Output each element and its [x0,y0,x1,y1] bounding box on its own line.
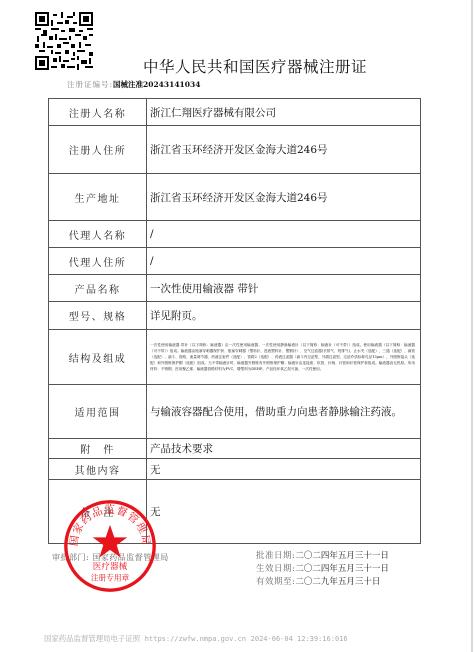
valid-until-label: 有效期至: [256,577,295,587]
table-row-attachment: 附 件 产品技术要求 [49,438,420,458]
footer-timestamp: 2024-06-04 12:39:16:016 [251,635,348,643]
table-row-other-content: 其他内容 无 [49,458,420,479]
approval-date: 批准日期:二〇二四年五月三十一日 [256,550,389,563]
table-row-production-address: 生产地址 浙江省玉环经济开发区金海大道246号 [49,173,420,220]
valid-until-value: 二〇二九年五月三十日 [295,577,380,587]
row-label: 生产地址 [49,174,147,220]
row-value: 与输液容器配合使用，借助重力向患者静脉输注药液。 [147,385,420,438]
approval-date-label: 批准日期: [256,551,295,561]
row-value: 一次性使用输液器 带针（以下简称：输液器）由一次性使用输液器、一次性使用静脉输液… [147,330,420,384]
row-value: 无 [147,459,420,479]
table-row-structure-composition: 结构及组成 一次性使用输液器 带针（以下简称：输液器）由一次性使用输液器、一次性… [49,329,420,384]
official-seal-icon: 国家药品监督管理局 医疗器械 注册专用章 [62,498,158,594]
registration-number-label: 注册证编号: [67,80,113,89]
table-row-registrant-name: 注册人名称 浙江仁翔医疗器械有限公司 [49,99,420,125]
row-value: 浙江省玉环经济开发区金海大道246号 [147,126,420,173]
row-label: 结构及组成 [49,330,147,384]
approval-date-value: 二〇二四年五月三十一日 [295,551,389,561]
footer: 国家药品监督管理局电子证照 https://zwfw.nmpa.gov.cn 2… [44,633,348,644]
page-edge [471,0,473,652]
registration-number: 注册证编号:国械注准20243141034 [67,79,200,90]
seal-inner-line1: 医疗器械 [93,560,128,572]
effective-date: 生效日期:二〇二四年五月三十一日 [256,563,389,576]
row-label: 注册人住所 [49,126,147,173]
row-value: 详见附页。 [147,302,420,329]
footer-url[interactable]: https://zwfw.nmpa.gov.cn [145,635,246,643]
registration-number-value: 国械注准20243141034 [113,80,200,89]
table-row-agent-address: 代理人住所 / [49,247,420,274]
certificate-title: 中华人民共和国医疗器械注册证 [0,55,474,77]
effective-date-label: 生效日期: [256,564,295,574]
row-label: 产品名称 [49,275,147,301]
row-value: / [147,221,420,247]
table-row-scope-of-use: 适用范围 与输液容器配合使用，借助重力向患者静脉输注药液。 [49,384,420,438]
row-label: 其他内容 [49,459,147,479]
row-label: 适用范围 [49,385,147,438]
row-value: 浙江仁翔医疗器械有限公司 [147,99,420,125]
row-value: 一次性使用输液器 带针 [147,275,420,301]
row-value: / [147,248,420,274]
valid-until-date: 有效期至:二〇二九年五月三十日 [256,576,389,589]
row-value: 产品技术要求 [147,439,420,458]
row-value: 浙江省玉环经济开发区金海大道246号 [147,174,420,220]
effective-date-value: 二〇二四年五月三十一日 [295,564,389,574]
certificate-table: 注册人名称 浙江仁翔医疗器械有限公司 注册人住所 浙江省玉环经济开发区金海大道2… [48,98,421,544]
row-value: 无 [147,480,420,543]
table-row-product-name: 产品名称 一次性使用输液器 带针 [49,274,420,301]
table-row-registrant-address: 注册人住所 浙江省玉环经济开发区金海大道246号 [49,125,420,173]
table-row-model-spec: 型号、规格 详见附页。 [49,301,420,329]
table-row-agent-name: 代理人名称 / [49,220,420,247]
validity-dates: 批准日期:二〇二四年五月三十一日 生效日期:二〇二四年五月三十一日 有效期至:二… [256,550,389,589]
row-label: 代理人住所 [49,248,147,274]
row-label: 注册人名称 [49,99,147,125]
row-label: 附 件 [49,439,147,458]
seal-inner-line2: 注册专用章 [91,573,130,583]
footer-issuer: 国家药品监督管理局电子证照 [44,634,140,643]
row-label: 代理人名称 [49,221,147,247]
row-label: 型号、规格 [49,302,147,329]
